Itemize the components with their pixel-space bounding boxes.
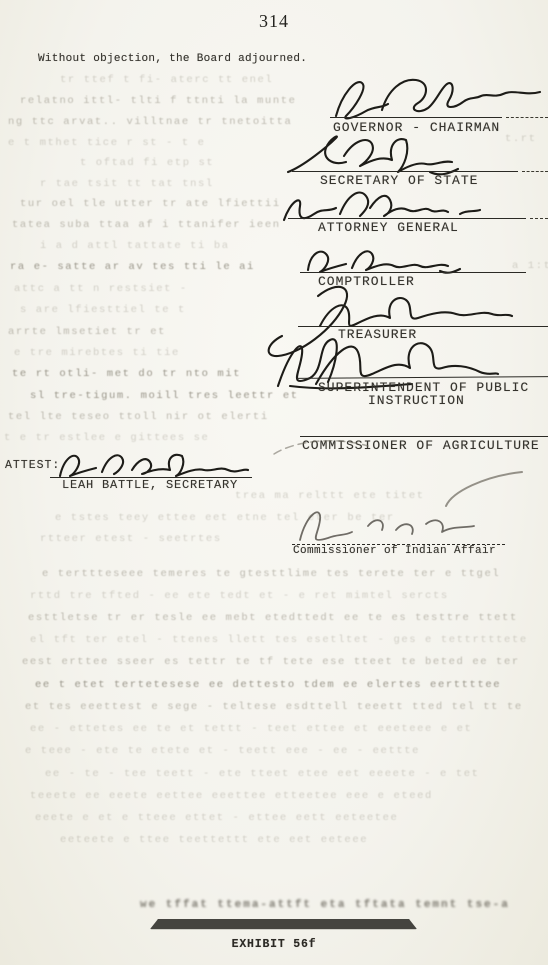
bleedthrough-text-line: ee t etet tertetesese ee dettesto tdem e…	[35, 679, 501, 691]
bleedthrough-text-line: ee - ettetes ee te et tettt - teet ettee…	[30, 723, 472, 735]
bleedthrough-text-line: eest erttee sseer es tettr te tf tete es…	[22, 656, 520, 668]
governor-signature	[328, 74, 548, 122]
bleedthrough-text-line: et tes eeettest e sege - teltese esdttel…	[25, 701, 523, 713]
bleedthrough-text-line: relatno ittl- tlti f ttnti la munte	[20, 95, 297, 107]
bleedthrough-text-line: te rt otli- met do tr nto mit	[12, 368, 241, 380]
bleedthrough-text-line: r tae tsit tt tat tnsl	[40, 178, 214, 190]
bleedthrough-text-line: e t mthet tice r st - t e	[8, 137, 206, 149]
bleedthrough-text-line: el tft ter etel - ttenes llett tes esetl…	[30, 634, 528, 646]
bleedthrough-text-line: e tre mirebtes ti tie	[14, 347, 180, 359]
bleedthrough-text-line: t oftad fi etp st	[80, 157, 214, 169]
bleedthrough-text-line: arrte lmsetiet tr et	[8, 326, 166, 338]
bleedthrough-text-line: rtteer etest - seetrtes	[40, 533, 222, 545]
bleedthrough-text-line: e terttteseee temeres te gtesttlime tes …	[42, 568, 500, 580]
bleedthrough-text-line: s are lfiesttiel te t	[20, 304, 186, 316]
bleedthrough-text-line: i a d attl tattate ti ba	[40, 240, 230, 252]
bleedthrough-text-line: rttd tre tfted - ee ete tedt et - e ret …	[30, 590, 449, 602]
secretary-line-dashes	[522, 171, 548, 172]
attest-label: ATTEST:	[5, 459, 60, 472]
exhibit-caption: EXHIBIT 56f	[0, 938, 548, 951]
bleedthrough-text-line: t e tr estlee e gittees se	[4, 432, 209, 444]
stray-pen-mark	[440, 468, 530, 510]
exhibit-separator-bar	[150, 919, 417, 930]
governor-line-dashes	[506, 117, 548, 118]
page-number: 314	[0, 11, 548, 32]
attorney-line-dashes	[530, 218, 548, 219]
bleedthrough-text-line: eeete e et e tteee ettet - ettee eett ee…	[35, 812, 398, 824]
bleedthrough-text-line: sl tre-tigum. moill tres leettr et	[30, 390, 299, 402]
treasurer-signature-line	[298, 326, 548, 327]
bleedthrough-fragment: t.rt	[505, 133, 537, 145]
bleedthrough-text-line: ra e- satte ar av tes tti le ai	[10, 261, 255, 273]
bleedthrough-text-line: esttletse tr er tesle ee mebt etedttedt …	[28, 612, 518, 624]
bleedthrough-text-line: ng ttc arvat.. villtnae tr tnetoitta	[8, 116, 292, 128]
bleedthrough-text-line: ee - te - tee teett - ete tteet etee eet…	[45, 768, 480, 780]
bleedthrough-text-line: attc a tt n restsiet -	[14, 283, 188, 295]
superintendent-role-label-line2: INSTRUCTION	[368, 393, 465, 408]
comptroller-signature-line	[300, 272, 526, 273]
stray-dashed-arc	[270, 436, 374, 458]
attest-name-title: LEAH BATTLE, SECRETARY	[62, 478, 238, 492]
bleedthrough-text-line: tatea suba ttaa af i ttanifer ieen	[12, 219, 281, 231]
bleedthrough-text-line: e teee - ete te etete et - teett eee - e…	[25, 745, 420, 757]
body-text: Without objection, the Board adjourned.	[38, 53, 307, 65]
attorney-general-signature-line	[288, 218, 526, 219]
bleedthrough-text-line: tur oel tle utter tr ate lfiettii	[20, 198, 281, 210]
bleedthrough-fragment: a 1:t	[512, 260, 548, 272]
bleedthrough-text-line: tel lte teseo ttoll nir ot elerti	[8, 411, 269, 423]
smudged-text-line: we tffat ttema-attft eta tftata temnt ts…	[140, 899, 510, 911]
bleedthrough-text-line: teeete ee eeete eettee eeettee etteetee …	[30, 790, 433, 802]
bleedthrough-text-line: eeteete e ttee teettettt ete eet eeteee	[60, 834, 368, 846]
bleedthrough-text-line: tr ttef t fi- aterc tt enel	[60, 74, 273, 86]
indian-affairs-role-label: Commissioner of Indian Affair	[293, 545, 496, 557]
scanned-page: 314 Without objection, the Board adjourn…	[0, 0, 548, 965]
secretary-of-state-signature-line	[292, 171, 518, 172]
attorney-general-role-label: ATTORNEY GENERAL	[318, 220, 459, 235]
governor-signature-line	[330, 117, 502, 118]
